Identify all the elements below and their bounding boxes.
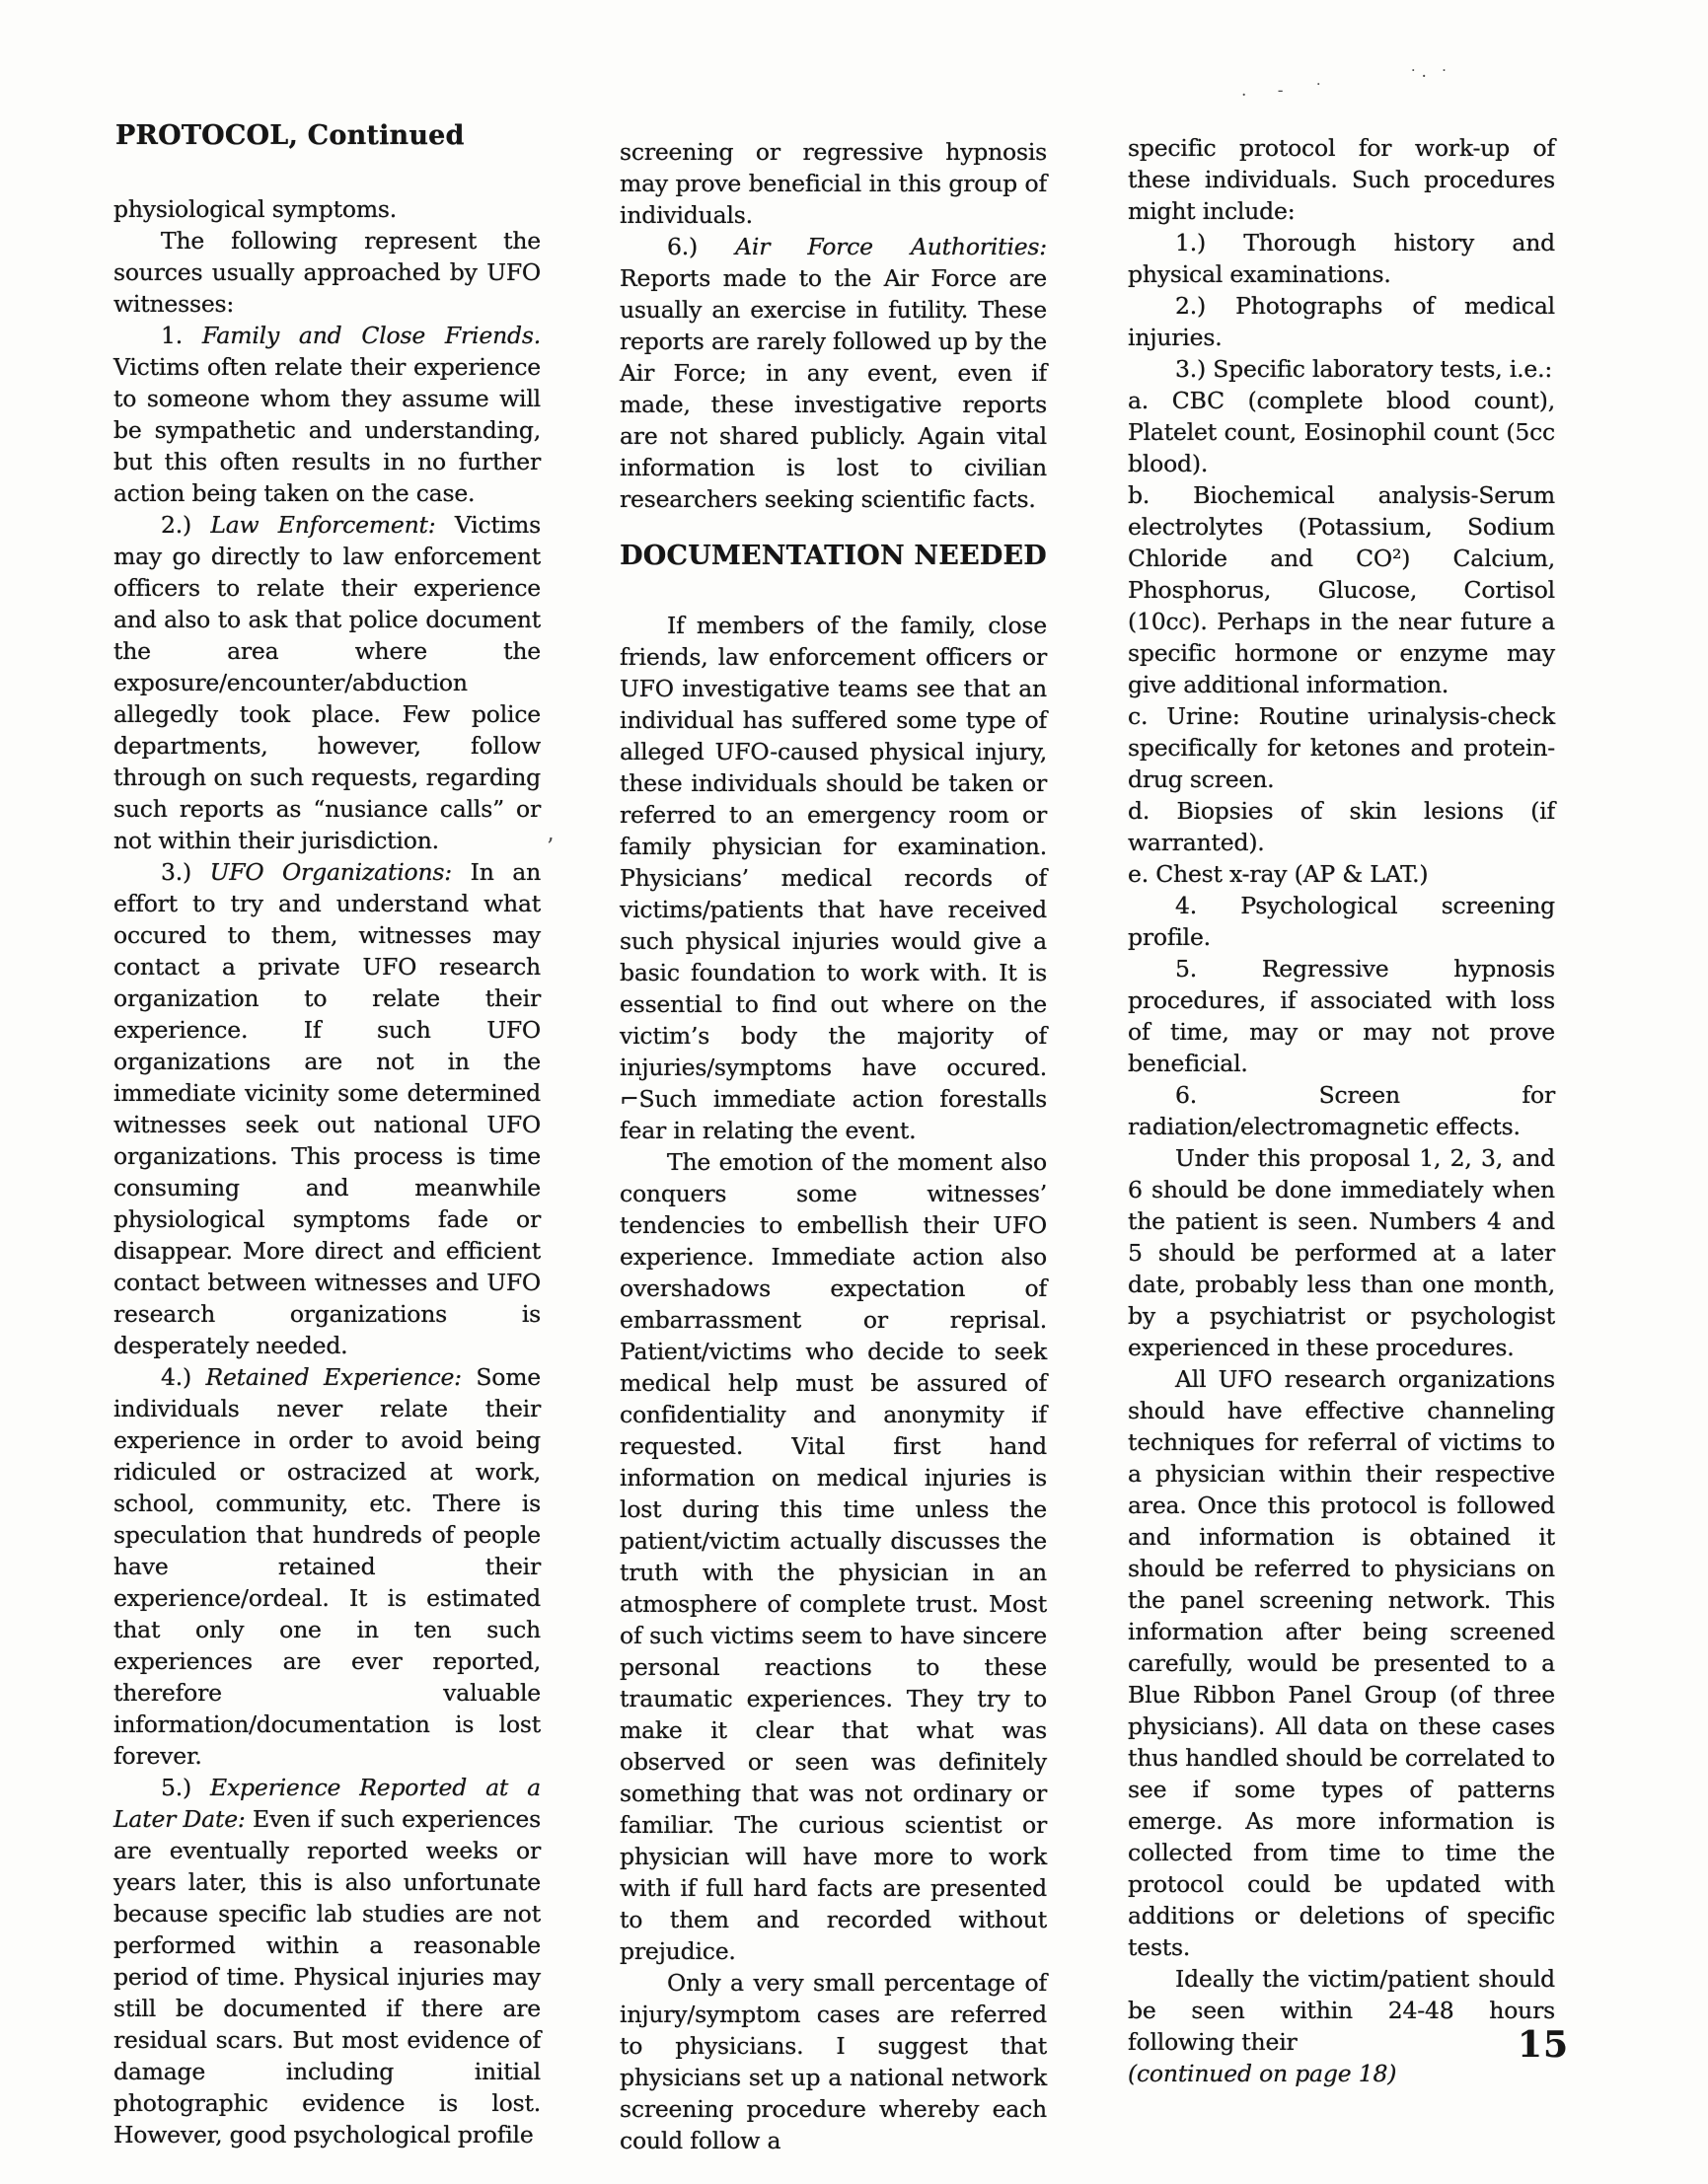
page-number: 15 (1518, 2024, 1569, 2066)
list-item-2-law-enforcement: 2.) Law Enforcement: Victims may go dire… (113, 509, 541, 856)
paragraph: specific protocol for work-up of these i… (1128, 132, 1555, 227)
protocol-item-3: 3.) Specific laboratory tests, i.e.: (1128, 353, 1555, 385)
run-italic: UFO Organizations: (210, 858, 452, 886)
paragraph: If members of the family, close friends,… (620, 610, 1047, 1146)
protocol-item-4: 4. Psychological screening profile. (1128, 890, 1555, 953)
lab-test-a-cbc: a. CBC (complete blood count), Platelet … (1128, 385, 1555, 479)
magazine-page: . - ˙ ˙· ˙ ’ PROTOCOL, Continued physiol… (0, 0, 1708, 2184)
list-number: 5.) (161, 1774, 210, 1801)
list-number: 3.) (161, 858, 210, 886)
run: Even if such experiences are eventually … (113, 1805, 541, 2148)
column-2: screening or regressive hypnosis may pro… (620, 136, 1047, 2156)
paragraph: Ideally the victim/patient should be see… (1128, 1963, 1555, 2058)
lab-test-c-urine: c. Urine: Routine urinalysis-check speci… (1128, 700, 1555, 795)
lab-test-e-chest-xray: e. Chest x-ray (AP & LAT.) (1128, 858, 1555, 890)
run-italic: Family and Close Friends. (202, 322, 541, 349)
scan-speck: ˙· ˙ (1409, 67, 1452, 87)
scan-speck: . - ˙ (1241, 81, 1335, 101)
paragraph: Only a very small percentage of injury/s… (620, 1967, 1047, 2156)
run: Victims may go directly to law enforceme… (113, 511, 541, 854)
list-item-5-later-date: 5.) Experience Reported at a Later Date:… (113, 1772, 541, 2150)
paragraph: Under this proposal 1, 2, 3, and 6 shoul… (1128, 1142, 1555, 1363)
paragraph: screening or regressive hypnosis may pro… (620, 136, 1047, 231)
paragraph: The emotion of the moment also conquers … (620, 1146, 1047, 1967)
run: Victims often relate their experience to… (113, 353, 541, 507)
protocol-item-5: 5. Regressive hypnosis procedures, if as… (1128, 953, 1555, 1079)
run-italic: Air Force Authorities: (735, 233, 1047, 260)
list-number: 4.) (161, 1363, 205, 1391)
section-heading-documentation-needed: DOCUMENTATION NEEDED (620, 541, 1047, 572)
list-item-6-air-force: 6.) Air Force Authorities: Reports made … (620, 231, 1047, 515)
paragraph: All UFO research organizations should ha… (1128, 1363, 1555, 1963)
protocol-item-1: 1.) Thorough history and physical examin… (1128, 227, 1555, 290)
continued-note: (continued on page 18) (1128, 2058, 1555, 2089)
list-number: 2.) (161, 511, 210, 539)
paragraph: physiological symptoms. (113, 193, 541, 225)
lab-test-b-biochemical: b. Biochemical analysis-Serum electrolyt… (1128, 479, 1555, 700)
list-number: 1. (161, 322, 202, 349)
run-italic: Retained Experience: (205, 1363, 461, 1391)
list-number: 6.) (667, 233, 735, 260)
list-item-1-family-friends: 1. Family and Close Friends. Victims oft… (113, 320, 541, 509)
scan-speck: ’ (547, 835, 554, 860)
paragraph: The following represent the sources usua… (113, 225, 541, 320)
article-heading: PROTOCOL, Continued (115, 120, 541, 152)
lab-test-d-biopsies: d. Biopsies of skin lesions (if warrante… (1128, 795, 1555, 858)
run: Reports made to the Air Force are usuall… (620, 264, 1047, 513)
list-item-3-ufo-organizations: 3.) UFO Organizations: In an effort to t… (113, 856, 541, 1361)
protocol-item-2: 2.) Photographs of medical injuries. (1128, 290, 1555, 353)
run: In an effort to try and understand what … (113, 858, 541, 1359)
list-item-4-retained-experience: 4.) Retained Experience: Some individual… (113, 1361, 541, 1772)
protocol-item-6: 6. Screen for radiation/electromagnetic … (1128, 1079, 1555, 1142)
run: Some individuals never relate their expe… (113, 1363, 541, 1770)
column-3: specific protocol for work-up of these i… (1128, 132, 1555, 2089)
run-italic: Law Enforcement: (210, 511, 435, 539)
column-1: PROTOCOL, Continued physiological sympto… (113, 120, 541, 2150)
